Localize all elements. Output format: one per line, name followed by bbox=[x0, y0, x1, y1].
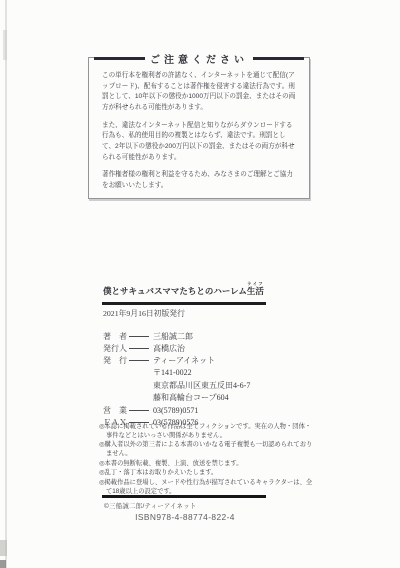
publisher-address-line1: 東京都品川区東五反田4-6-7 bbox=[103, 380, 313, 392]
note-digital-copy: ◎購入者以外の第三者による本書のいかなる電子複製も一切認められておりません。 bbox=[99, 441, 313, 458]
leader-dash bbox=[129, 336, 149, 337]
colophon-row-author: 著 者 三船誠二郎 bbox=[103, 330, 313, 342]
notice-paragraph-cooperation: 著作権者様の権利と利益を守るため、みなさまのご理解とご協力をお願いいたします。 bbox=[102, 170, 298, 191]
notice-title-bar-right bbox=[253, 57, 304, 60]
book-title-furigana: ライフ bbox=[247, 281, 264, 286]
scan-smudge-bottom bbox=[0, 540, 7, 556]
author-label: 著 者 bbox=[103, 331, 129, 342]
note-defective-copies: ◎乱丁・落丁本はお取りかえいたします。 bbox=[99, 469, 313, 478]
copyright-notice-box: ご注意ください この単行本を権利者の許諾なく、インターネットを通じて配信(アップ… bbox=[88, 57, 310, 199]
title-divider-rule bbox=[102, 302, 266, 305]
copyright-line: ©三船誠二郎/ティーアイネット bbox=[104, 501, 197, 510]
publisher-name: ティーアイネット bbox=[153, 355, 215, 366]
scan-mark-bottom-left bbox=[0, 560, 6, 568]
colophon-row-publisher: 発 行 ティーアイネット bbox=[103, 355, 313, 367]
book-title-tail: 生活 bbox=[247, 286, 264, 296]
author-name: 三船誠二郎 bbox=[153, 331, 193, 342]
colophon-block: 著 者 三船誠二郎 発行人 高橋広治 発 行 ティーアイネット 〒141-002… bbox=[103, 330, 313, 429]
book-title-tail-ruby: 生活ライフ bbox=[247, 286, 264, 296]
issuer-label: 発行人 bbox=[103, 343, 129, 354]
publisher-label: 発 行 bbox=[103, 355, 129, 366]
notice-title-row: ご注意ください bbox=[94, 51, 304, 66]
leader-dash bbox=[129, 348, 149, 349]
isbn-number: ISBN978-4-88774-822-4 bbox=[103, 512, 267, 522]
sales-label: 営 業 bbox=[103, 405, 129, 416]
issuer-name: 高橋広治 bbox=[153, 343, 185, 354]
notice-title: ご注意ください bbox=[145, 51, 253, 66]
note-fiction-disclaimer: ◎本誌に掲載されている作品は全てフィクションです。実在の人物・団体・事件などとは… bbox=[99, 423, 313, 440]
publisher-address-line2: 藤和高輪台コープ604 bbox=[103, 392, 313, 404]
sales-phone-number: 03(5789)0571 bbox=[153, 406, 198, 415]
book-title-main: 僕とサキュバスママたちとのハーレム bbox=[103, 286, 247, 296]
page-edge-scan-line bbox=[5, 0, 7, 568]
leader-dash bbox=[129, 410, 149, 411]
note-characters-age: ◎掲載作品に登場し、ヌードや性行為が描写されているキャラクターは、全て18歳以上… bbox=[99, 479, 313, 496]
colophon-row-sales-phone: 営 業 03(5789)0571 bbox=[103, 404, 313, 416]
scan-smudge-top bbox=[3, 30, 7, 60]
notice-paragraph-download: また、違法なインターネット配信と知りながらダウンロードする行為も、私的使用目的の… bbox=[102, 121, 298, 164]
book-title: 僕とサキュバスママたちとのハーレム生活ライフ bbox=[103, 281, 313, 296]
publisher-postal-code: 〒141-0022 bbox=[103, 367, 313, 379]
notice-title-bar-left bbox=[94, 57, 145, 60]
note-no-reproduction: ◎本書の無断転載、複製、上演、放送を禁じます。 bbox=[99, 460, 313, 469]
fine-print-notes: ◎本誌に掲載されている作品は全てフィクションです。実在の人物・団体・事件などとは… bbox=[99, 423, 313, 498]
notice-paragraph-upload: この単行本を権利者の許諾なく、インターネットを通じて配信(アップロード)、配布す… bbox=[102, 71, 298, 114]
colophon-row-issuer: 発行人 高橋広治 bbox=[103, 342, 313, 354]
footer-divider-rule bbox=[102, 495, 266, 498]
notice-body: この単行本を権利者の許諾なく、インターネットを通じて配信(アップロード)、配布す… bbox=[89, 58, 309, 192]
leader-dash bbox=[129, 360, 149, 361]
colophon-page: ご注意ください この単行本を権利者の許諾なく、インターネットを通じて配信(アップ… bbox=[0, 0, 400, 568]
edition-date: 2021年9月16日初版発行 bbox=[103, 308, 185, 319]
